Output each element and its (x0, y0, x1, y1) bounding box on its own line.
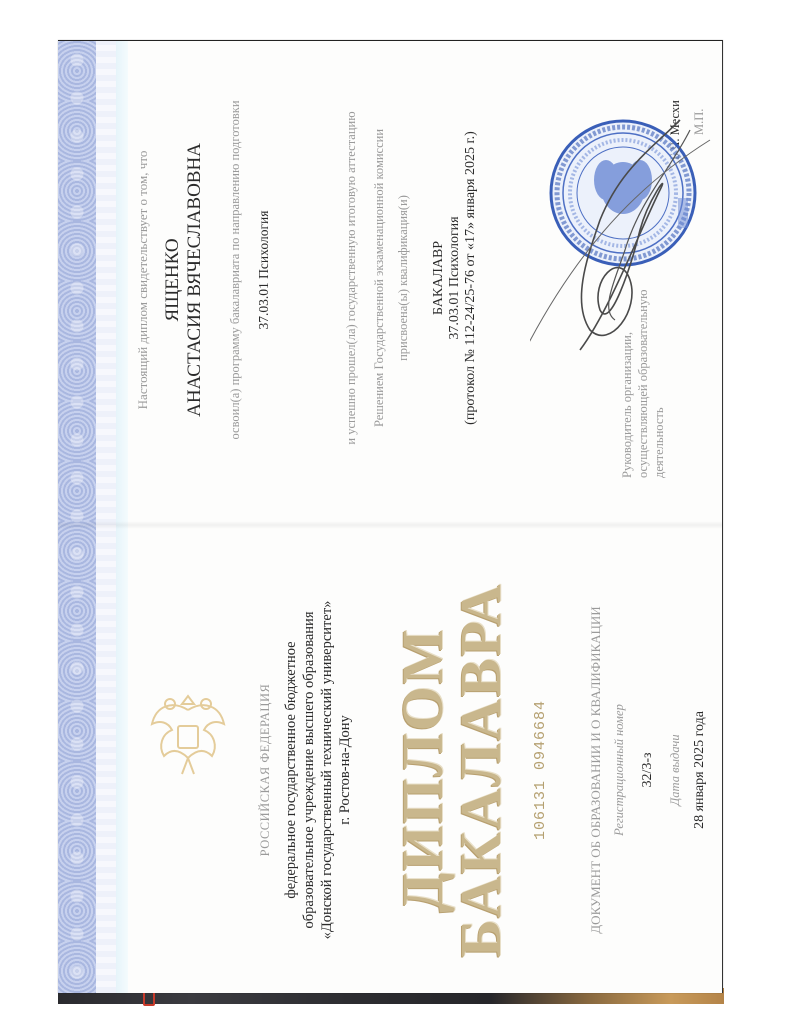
guilloche-inner-strip (96, 41, 116, 993)
decision-line-1: Решением Государственной экзаменационной… (372, 78, 387, 478)
graduate-given-names: АНАСТАСИЯ ВЯЧЕСЛАВОВНА (184, 90, 206, 470)
qualification-program: 37.03.01 Психология (446, 78, 463, 478)
signature (530, 110, 720, 370)
institution-line-2: образовательное учреждение высшего образ… (300, 550, 318, 990)
institution-line-3: «Донской государственный технический уни… (318, 550, 336, 990)
country-name: РОССИЙСКАЯ ФЕДЕРАЦИЯ (258, 550, 273, 990)
protocol-reference: (протокол № 112-24/25-76 от «17» января … (462, 78, 479, 478)
page-fold (58, 521, 722, 529)
diploma-title-line-2: БАКАЛАВРА (450, 550, 512, 990)
qualification-title: БАКАЛАВР (430, 78, 447, 478)
issue-date-label: Дата выдачи (668, 550, 683, 990)
registration-number-label: Регистрационный номер (612, 550, 627, 990)
attestation-text: и успешно прошел(ла) государственную ито… (344, 78, 359, 478)
diploma-title-line-1: ДИПЛОМ (392, 550, 454, 990)
program-name: 37.03.01 Психология (256, 70, 272, 470)
guilloche-security-strip (58, 41, 96, 993)
diploma-serial-number: 106131 0946684 (532, 550, 549, 990)
security-tint-strip (116, 41, 128, 993)
decision-line-2: присвоена(ы) квалификация(и) (396, 78, 411, 478)
institution-line-1: федеральное государственное бюджетное (282, 550, 300, 990)
graduate-surname: ЯЩЕНКО (162, 90, 184, 470)
registration-number: 32/3-з (640, 550, 656, 990)
intro-text: Настоящий диплом свидетельствует о том, … (135, 90, 151, 470)
program-intro: освоил(а) программу бакалавриата по напр… (228, 70, 243, 470)
institution-city: г. Ростов-на-Дону (336, 550, 354, 990)
issue-date: 28 января 2025 года (692, 550, 708, 990)
document-type: ДОКУМЕНТ ОБ ОБРАЗОВАНИИ И О КВАЛИФИКАЦИИ (588, 550, 604, 990)
coat-of-arms-icon (142, 690, 234, 782)
